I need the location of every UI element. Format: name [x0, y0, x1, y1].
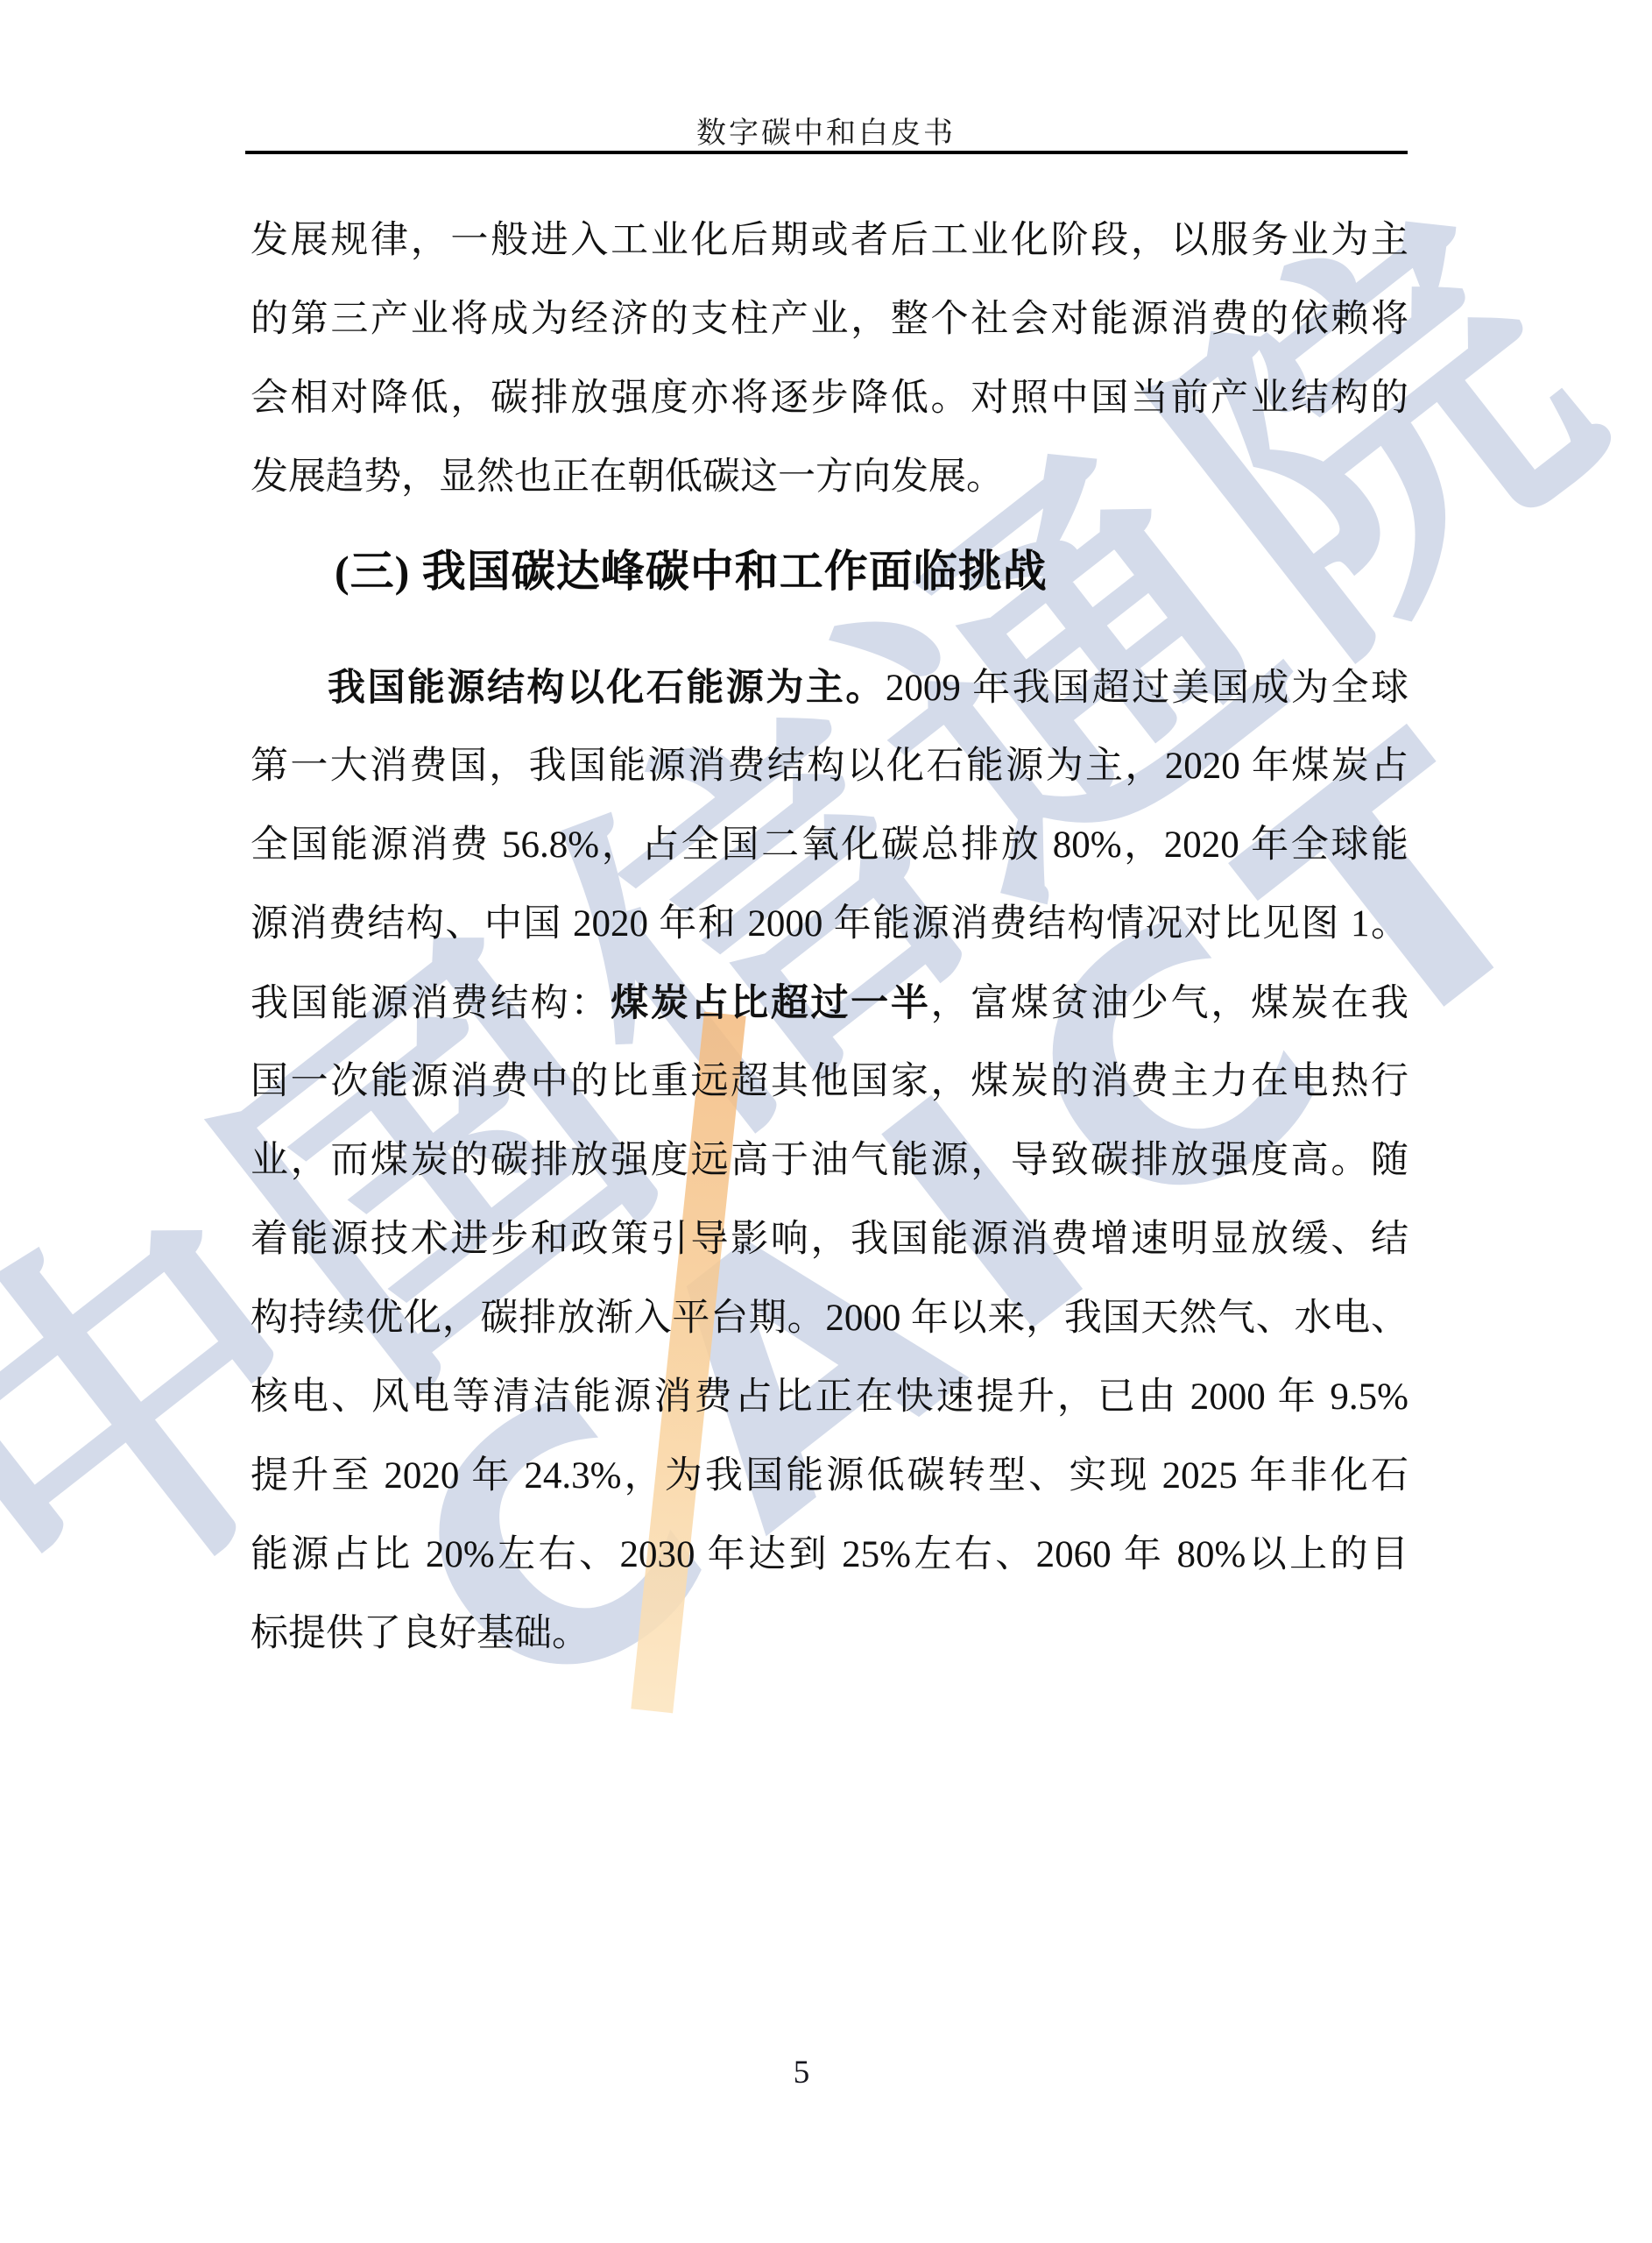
- body-line: 发展趋势，显然也正在朝低碳这一方向发展。: [251, 438, 1408, 517]
- text-run: 全国能源消费 56.8%，占全国二氧化碳总排放 80%，2020 年全球能: [251, 824, 1408, 866]
- body-line: 业，而煤炭的碳排放强度远高于油气能源，导致碳排放强度高。随: [251, 1121, 1408, 1200]
- body-line: 会相对降低，碳排放强度亦将逐步降低。对照中国当前产业结构的: [251, 359, 1408, 438]
- document-page: 中国信通院 CAICT 数字碳中和白皮书 发展规律，一般进入工业化后期或者后工业…: [0, 0, 1652, 2243]
- text-run: 源消费结构、中国 2020 年和 2000 年能源消费结构情况对比见图 1。: [251, 903, 1408, 945]
- text-run: 业，而煤炭的碳排放强度远高于油气能源，导致碳排放强度高。随: [251, 1140, 1408, 1181]
- text-run: ，富煤贫油少气，煤炭在我: [931, 983, 1408, 1024]
- text-run: 第一大消费国，我国能源消费结构以化石能源为主，2020 年煤炭占: [251, 746, 1408, 787]
- paragraph-2: 我国能源结构以化石能源为主。2009 年我国超过美国成为全球 第一大消费国，我国…: [251, 648, 1408, 1673]
- text-run: 构持续优化，碳排放渐入平台期。2000 年以来，我国天然气、水电、: [251, 1298, 1408, 1339]
- body-line: 国一次能源消费中的比重远超其他国家，煤炭的消费主力在电热行: [251, 1043, 1408, 1121]
- body-line: 着能源技术进步和政策引导影响，我国能源消费增速明显放缓、结: [251, 1200, 1408, 1279]
- body-line: 的第三产业将成为经济的支柱产业，整个社会对能源消费的依赖将: [251, 280, 1408, 359]
- page-number: 5: [0, 2054, 1627, 2091]
- body-line: 发展规律，一般进入工业化后期或者后工业化阶段，以服务业为主: [251, 202, 1408, 280]
- body-line: 提升至 2020 年 24.3%，为我国能源低碳转型、实现 2025 年非化石: [251, 1437, 1408, 1516]
- page-header-title: 数字碳中和白皮书: [0, 109, 1652, 152]
- header-rule: [245, 151, 1408, 154]
- text-run: 能源占比 20%左右、2030 年达到 25%左右、2060 年 80%以上的目: [251, 1534, 1408, 1575]
- body-line: 源消费结构、中国 2020 年和 2000 年能源消费结构情况对比见图 1。: [251, 885, 1408, 964]
- text-run: 核电、风电等清洁能源消费占比正在快速提升，已由 2000 年 9.5%: [251, 1376, 1408, 1418]
- text-run: 提升至 2020 年 24.3%，为我国能源低碳转型、实现 2025 年非化石: [251, 1455, 1408, 1497]
- text-run: 标提供了良好基础。: [251, 1613, 589, 1654]
- bold-run: 我国能源结构以化石能源为主。: [328, 667, 886, 709]
- body-line: 构持续优化，碳排放渐入平台期。2000 年以来，我国天然气、水电、: [251, 1279, 1408, 1358]
- section-heading: (三) 我国碳达峰碳中和工作面临挑战: [251, 531, 1408, 612]
- body-line: 能源占比 20%左右、2030 年达到 25%左右、2060 年 80%以上的目: [251, 1516, 1408, 1595]
- body-line: 我国能源结构以化石能源为主。2009 年我国超过美国成为全球: [251, 648, 1408, 727]
- text-run: 国一次能源消费中的比重远超其他国家，煤炭的消费主力在电热行: [251, 1061, 1408, 1102]
- body-line: 全国能源消费 56.8%，占全国二氧化碳总排放 80%，2020 年全球能: [251, 806, 1408, 885]
- text-run: 我国能源消费结构：: [251, 983, 611, 1024]
- text-run: 着能源技术进步和政策引导影响，我国能源消费增速明显放缓、结: [251, 1219, 1408, 1260]
- body-line: 核电、风电等清洁能源消费占比正在快速提升，已由 2000 年 9.5%: [251, 1358, 1408, 1437]
- bold-run: 煤炭占比超过一半: [611, 982, 930, 1024]
- body-line: 第一大消费国，我国能源消费结构以化石能源为主，2020 年煤炭占: [251, 727, 1408, 806]
- paragraph-1: 发展规律，一般进入工业化后期或者后工业化阶段，以服务业为主 的第三产业将成为经济…: [251, 202, 1408, 517]
- text-run: 2009 年我国超过美国成为全球: [886, 668, 1408, 709]
- body-line: 我国能源消费结构：煤炭占比超过一半，富煤贫油少气，煤炭在我: [251, 964, 1408, 1043]
- body-line: 标提供了良好基础。: [251, 1595, 1408, 1673]
